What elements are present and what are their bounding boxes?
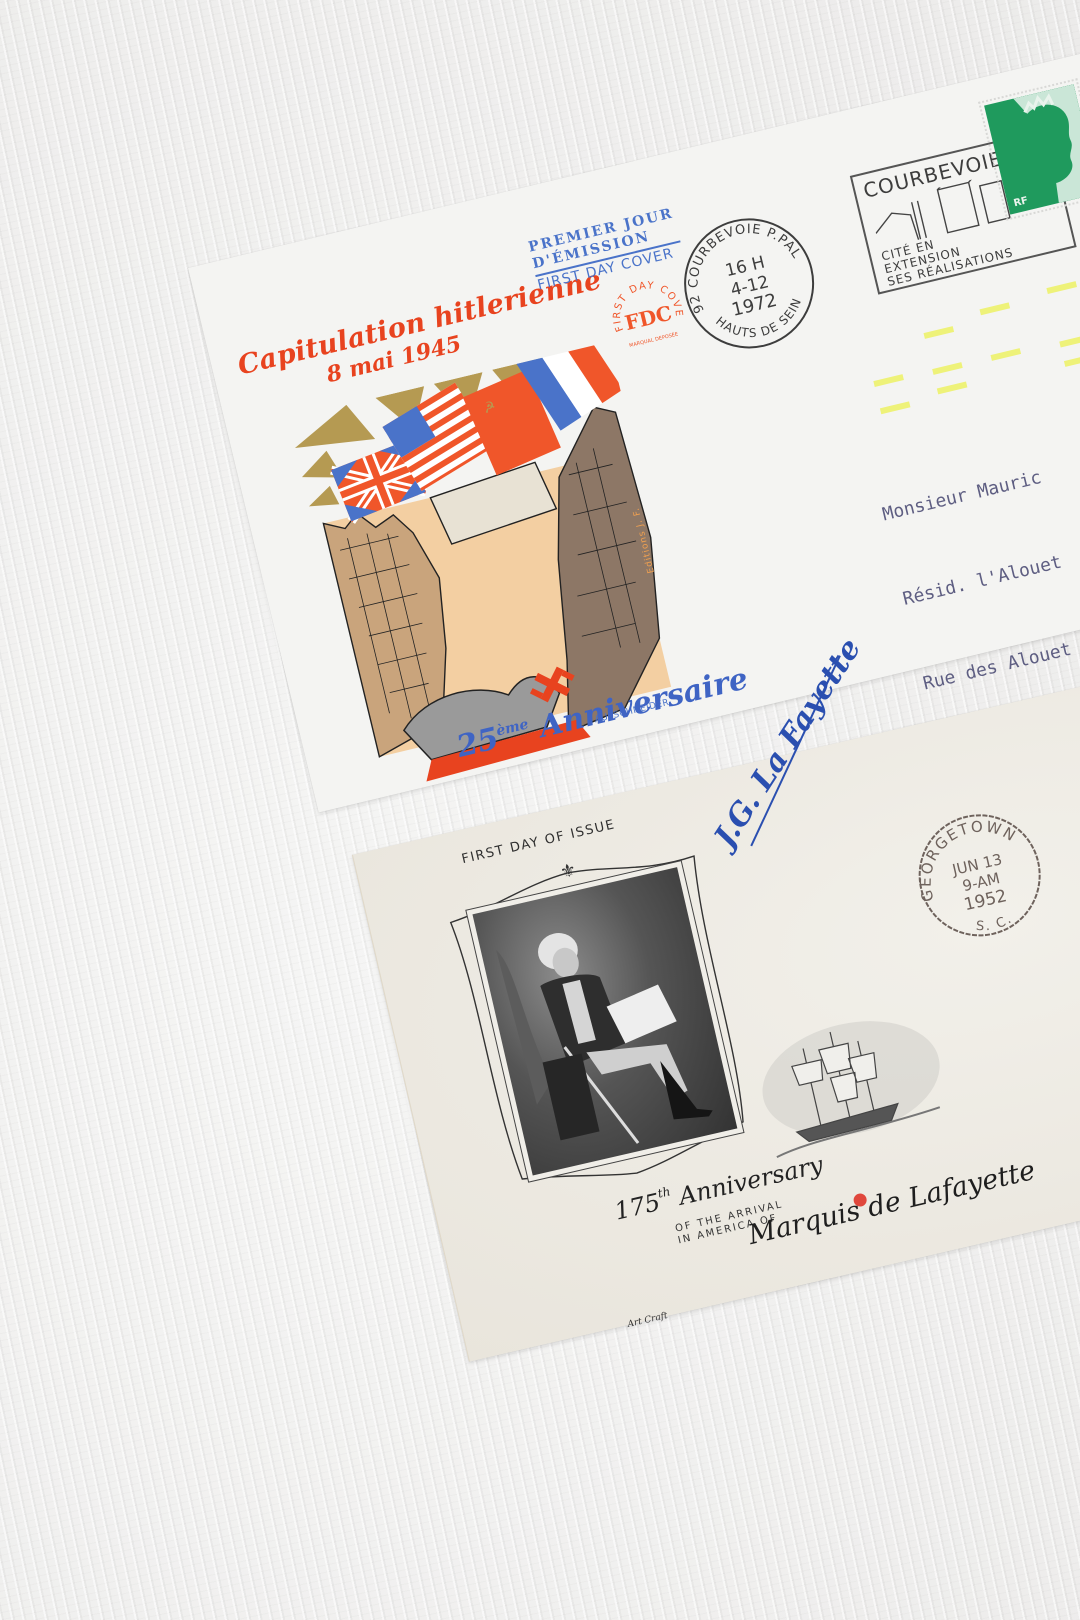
anniversary-suffix: th [656, 1184, 671, 1200]
sailing-ship-icon [726, 980, 955, 1171]
french-first-day-cover: Capitulation hitlerienne 8 mai 1945 PREM… [188, 35, 1080, 813]
anniversary-number: 175 [612, 1188, 663, 1226]
address-line-3: Rue des Alouet [920, 632, 1080, 698]
anniversary-suffix: ème [495, 716, 530, 739]
address-line-2: Résid. l'Alouet [900, 548, 1065, 614]
fdc-monogram: FDC [622, 301, 674, 335]
address-line-1: Monsieur Mauric [880, 463, 1045, 529]
fleur-de-lis-icon: ⚜ [558, 859, 578, 883]
art-craft-logo: Art Craft [627, 1311, 669, 1330]
georgetown-postmark-icon: GEORGETOWN S. C. JUN 13 9-AM 1952 [901, 796, 1059, 954]
